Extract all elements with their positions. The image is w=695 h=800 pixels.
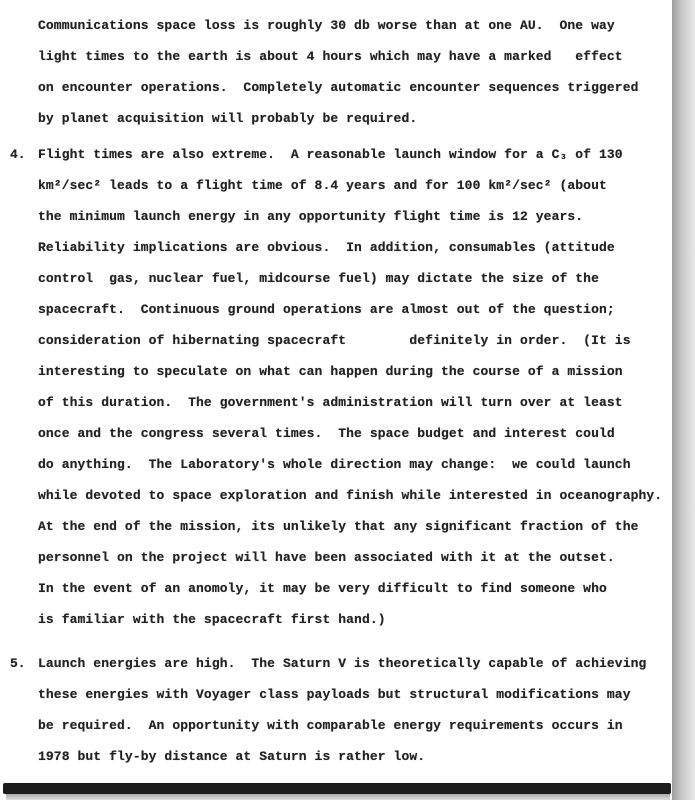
text-line: do anything. The Laboratory's whole dire… [38,449,669,480]
text-line: In the event of an anomoly, it may be ve… [38,573,669,604]
text-line: by planet acquisition will probably be r… [38,103,669,134]
text-line: km²/sec² leads to a flight time of 8.4 y… [38,170,669,201]
text-line: 1978 but fly-by distance at Saturn is ra… [38,741,669,772]
text-line: is familiar with the spacecraft first ha… [38,604,669,635]
text-line: while devoted to space exploration and f… [38,480,669,511]
text-line: Communications space loss is roughly 30 … [38,10,669,41]
text-line: once and the congress several times. The… [38,418,669,449]
list-marker: 4. [10,139,26,170]
paragraph: Communications space loss is roughly 30 … [0,10,669,134]
text-line: At the end of the mission, its unlikely … [38,511,669,542]
text-line: personnel on the project will have been … [38,542,669,573]
text-line: spacecraft. Continuous ground operations… [38,294,669,325]
text-line: on encounter operations. Completely auto… [38,72,669,103]
page: Communications space loss is roughly 30 … [0,0,673,784]
list-marker: 5. [10,648,26,679]
text-line: the minimum launch energy in any opportu… [38,201,669,232]
text-line: interesting to speculate on what can hap… [38,356,669,387]
page-edge-bottom [3,783,671,794]
list-item: 4.Flight times are also extreme. A reaso… [0,139,669,635]
text-line: these energies with Voyager class payloa… [38,679,669,710]
text-line: control gas, nuclear fuel, midcourse fue… [38,263,669,294]
text-line: Launch energies are high. The Saturn V i… [38,648,669,679]
text-line: of this duration. The government's admin… [38,387,669,418]
text-line: consideration of hibernating spacecraft … [38,325,669,356]
page-shadow-bottom [6,794,670,800]
text-line: Flight times are also extreme. A reasona… [38,139,669,170]
text-line: be required. An opportunity with compara… [38,710,669,741]
list-item: 5.Launch energies are high. The Saturn V… [0,648,669,772]
page-shadow-right [672,0,695,800]
text-line: light times to the earth is about 4 hour… [38,41,669,72]
scanned-document: Communications space loss is roughly 30 … [0,0,695,800]
text-content: Communications space loss is roughly 30 … [0,10,669,772]
text-line: Reliability implications are obvious. In… [38,232,669,263]
